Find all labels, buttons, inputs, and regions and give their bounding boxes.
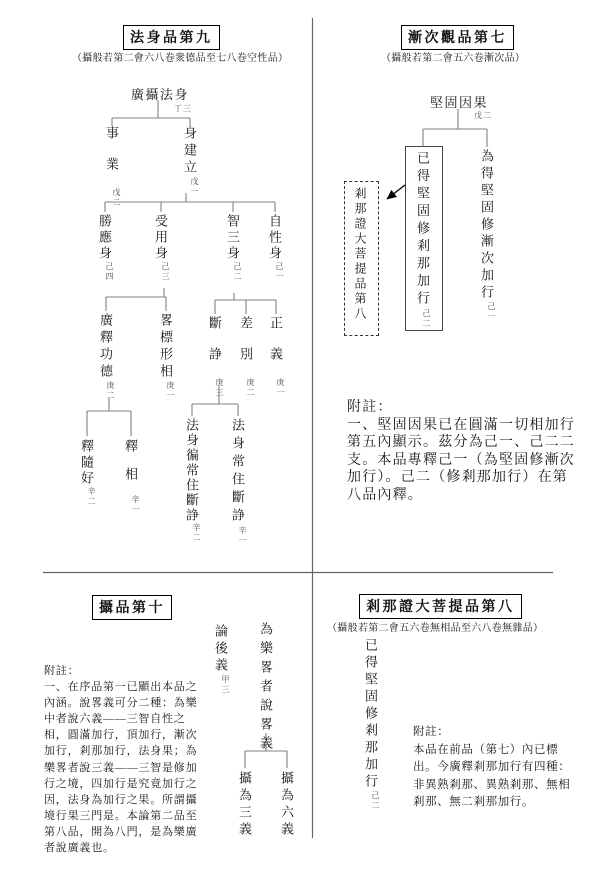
q1-chapter-title: 法身品第九: [130, 31, 213, 46]
tree-node-text: 已得堅固修剎那加行: [415, 151, 430, 309]
tree-node: 已得堅固修剎那加行己二: [416, 151, 429, 329]
tree-node-text: 法身常住斷諍: [230, 418, 245, 526]
tree-node: 差別庚二: [239, 316, 252, 398]
tree-node-text: 法身徧常住斷諍: [184, 418, 199, 523]
tree-node-text: 事業: [104, 126, 119, 188]
tree-node: 為樂畧者說畧義: [259, 622, 272, 755]
node-ordinal-label: 己二: [422, 309, 431, 329]
q3-chapter-title-box: 攝品第十: [92, 595, 172, 620]
q4-chapter-title: 剎那證大菩提品第八: [366, 600, 515, 615]
tree-node: 事業戊二: [105, 126, 118, 208]
q3-chapter-title: 攝品第十: [99, 601, 165, 616]
tree-node: 法身常住斷諍辛一: [231, 418, 244, 546]
q2-root-ordinal-label: 戊二: [474, 110, 492, 121]
q2-chapter-title-box: 漸次觀品第七: [401, 25, 514, 50]
tree-node-text: 為得堅固修漸次加行: [479, 149, 494, 302]
node-ordinal-label: 辛一: [238, 526, 247, 546]
q2-tree-root: 堅固因果: [430, 92, 488, 111]
q1-chapter-subtitle: （攝般若第二會六八卷衆德品至七八卷空性品）: [72, 49, 288, 64]
tree-node-text: 畧標形相: [158, 313, 173, 381]
q1-root-ordinal-label: 丁三: [174, 103, 192, 114]
q1-tree-root: 廣攝法身: [131, 84, 189, 103]
node-ordinal-label: 庚二: [106, 381, 115, 401]
tree-node: 畧標形相庚一: [159, 313, 172, 401]
node-ordinal-label: 庚一: [276, 378, 285, 398]
tree-node-text: 自性身: [267, 214, 282, 262]
q2-annotation-note: 附註： 一、堅固因果已在圓滿一切相加行 第五內顯示。茲分為己一、己二二 支。本品…: [347, 399, 599, 504]
node-ordinal-label: 己一: [275, 262, 284, 282]
tree-node: 斷諍庚三: [208, 316, 221, 398]
tree-node: 受用身己三: [154, 214, 167, 282]
node-ordinal-label: 戊一: [190, 177, 199, 197]
q3-annotation-note: 附註： 一、在序品第一已顯出本品之 內涵。說畧義可分二種：為樂 中者說六義——三…: [44, 663, 214, 856]
q4-chapter-subtitle: （攝般若第二會五六卷無相品至六八卷無雜品）: [327, 619, 543, 634]
node-ordinal-label: 辛一: [131, 495, 140, 515]
node-ordinal-label: 己四: [105, 262, 114, 282]
tree-node-text: 斷諍: [207, 316, 222, 378]
tree-node-text: 廣釋功德: [98, 313, 113, 381]
node-ordinal-label: 己二: [371, 791, 380, 811]
q2-chapter-subtitle: （攝般若第二會五六卷漸次品）: [381, 49, 525, 64]
tree-node-text: 受用身: [153, 214, 168, 262]
tree-node: 廣釋功德庚二: [99, 313, 112, 401]
tree-node: 攝為六義: [280, 771, 293, 839]
tree-node-text: 智三身: [225, 214, 240, 262]
node-ordinal-label: 己三: [161, 262, 170, 282]
node-ordinal-label: 庚三: [215, 378, 224, 398]
node-ordinal-label: 庚二: [246, 378, 255, 398]
q1-chapter-title-box: 法身品第九: [123, 25, 220, 50]
diagram-page: 法身品第九 （攝般若第二會六八卷衆德品至七八卷空性品） 廣攝法身 丁三 事業戊二…: [0, 0, 600, 872]
tree-node-text: 釋隨好: [79, 439, 94, 487]
node-ordinal-label: 庚一: [166, 381, 175, 401]
tree-node: 勝應身己四: [98, 214, 111, 282]
tree-node-text: 已得堅固修剎那加行: [363, 638, 378, 791]
node-ordinal-label: 己一: [487, 302, 496, 322]
tree-node: 已得堅固修剎那加行己二: [364, 638, 377, 811]
q4-annotation-note: 附註： 本品在前品（第七）內已標 出。今廣釋剎那加行有四種： 非異熟剎那、異熟剎…: [413, 724, 578, 812]
tree-node: 攝為三義: [238, 771, 251, 839]
tree-node-text: 勝應身: [97, 214, 112, 262]
q4-chapter-title-box: 剎那證大菩提品第八: [359, 594, 522, 619]
tree-node-text: 差別: [238, 316, 253, 378]
tree-node: 正義庚一: [269, 316, 282, 398]
node-ordinal-label: 辛二: [87, 487, 96, 507]
tree-node: 智三身己二: [226, 214, 239, 282]
node-ordinal-label: 己二: [233, 262, 242, 282]
tree-node-text: 釋相: [123, 439, 138, 495]
reference-arrow: [387, 185, 405, 199]
node-ordinal-label: 辛二: [192, 523, 201, 543]
tree-node: 釋隨好辛二: [80, 439, 93, 507]
node-ordinal-label: 甲三: [221, 675, 230, 695]
node-ordinal-label: 戊二: [112, 188, 121, 208]
tree-node-text: 論後義: [213, 624, 228, 675]
tree-node: 身建立戊一: [183, 126, 196, 197]
q2-chapter-title: 漸次觀品第七: [408, 31, 507, 46]
tree-node-text: 身建立: [182, 126, 197, 177]
tree-node: 法身徧常住斷諍辛二: [185, 418, 198, 543]
dashed-reference-text: 剎那證大菩提品第八: [354, 187, 366, 322]
tree-node: 論後義甲三: [214, 624, 227, 695]
tree-node: 為得堅固修漸次加行己一: [480, 149, 493, 322]
tree-node: 釋相辛一: [124, 439, 137, 515]
tree-node: 自性身己一: [268, 214, 281, 282]
tree-node-text: 正義: [268, 316, 283, 378]
